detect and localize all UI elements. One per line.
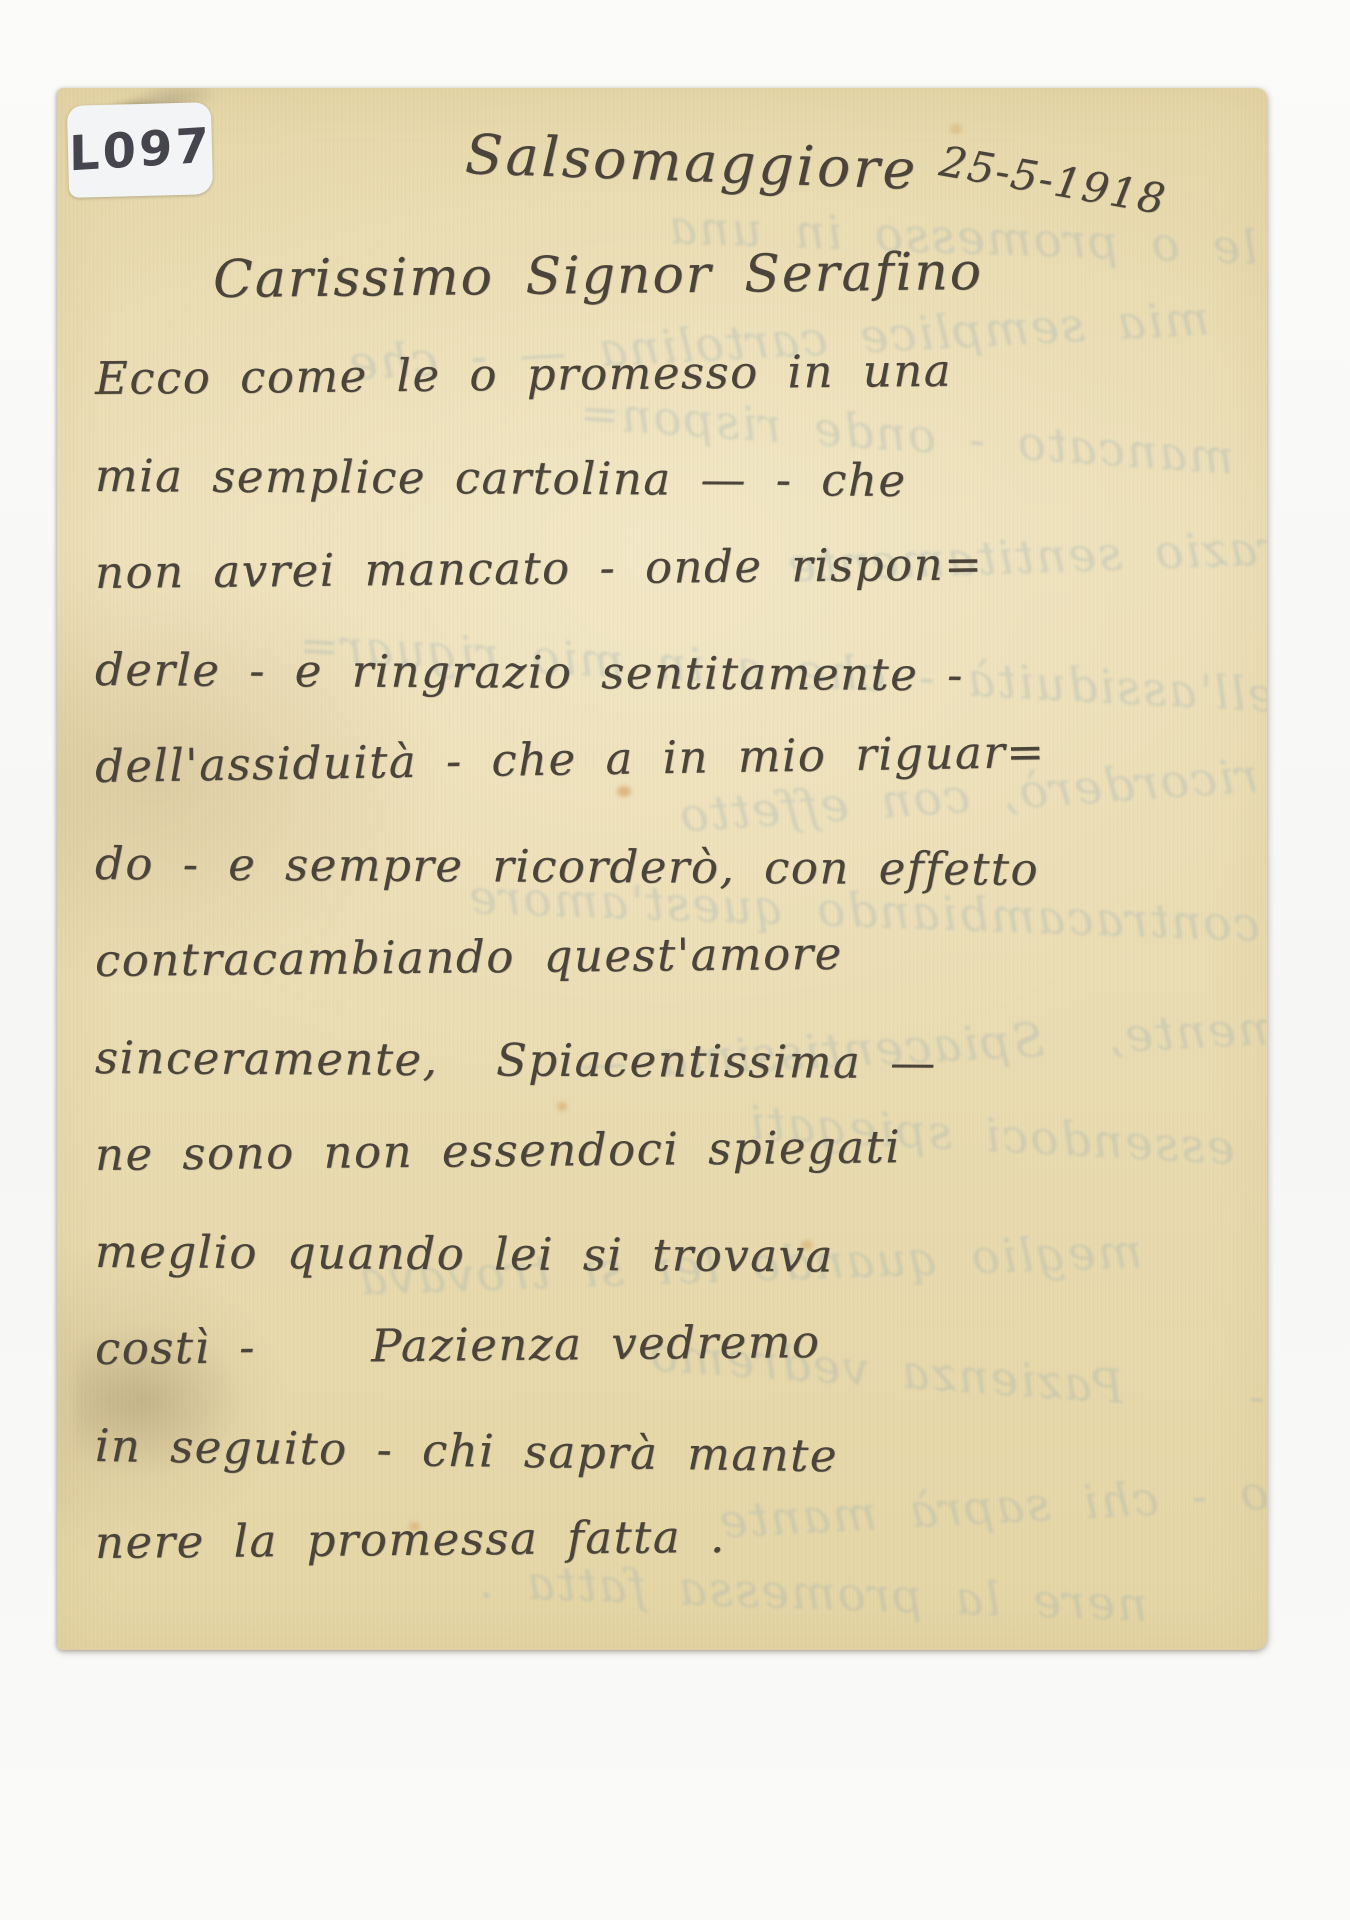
dateline: Salsomaggiore 25-5-1918 [465, 130, 1170, 194]
scan-background: Ecco come le o promesso in unamia sempli… [0, 0, 1350, 1920]
letter-date: 25-5-1918 [936, 136, 1170, 224]
archive-label-text: L097 [68, 118, 211, 183]
handwritten-line: nere la promessa fatta . [95, 1483, 1226, 1591]
place-name: Salsomaggiore [464, 122, 919, 202]
archive-label-sticker: L097 [67, 102, 213, 198]
handwritten-line: dell'assiduità - che a in mio riguar= [94, 700, 1225, 815]
letter-body: Ecco come le o promesso in una mia sempl… [95, 330, 1225, 1591]
handwritten-line: Ecco come le o promesso in una [95, 319, 1226, 427]
handwritten-line: ne sono non essendoci spiegati [95, 1095, 1226, 1203]
handwritten-line: contracambiando quest'amore [95, 901, 1226, 1009]
handwritten-line: costì - Pazienza vedremo [95, 1289, 1226, 1397]
salutation: Carissimo Signor Serafino [213, 242, 984, 310]
letter-page: Ecco come le o promesso in unamia sempli… [57, 88, 1267, 1650]
handwritten-line: non avrei mancato - onde rispon= [95, 513, 1226, 621]
